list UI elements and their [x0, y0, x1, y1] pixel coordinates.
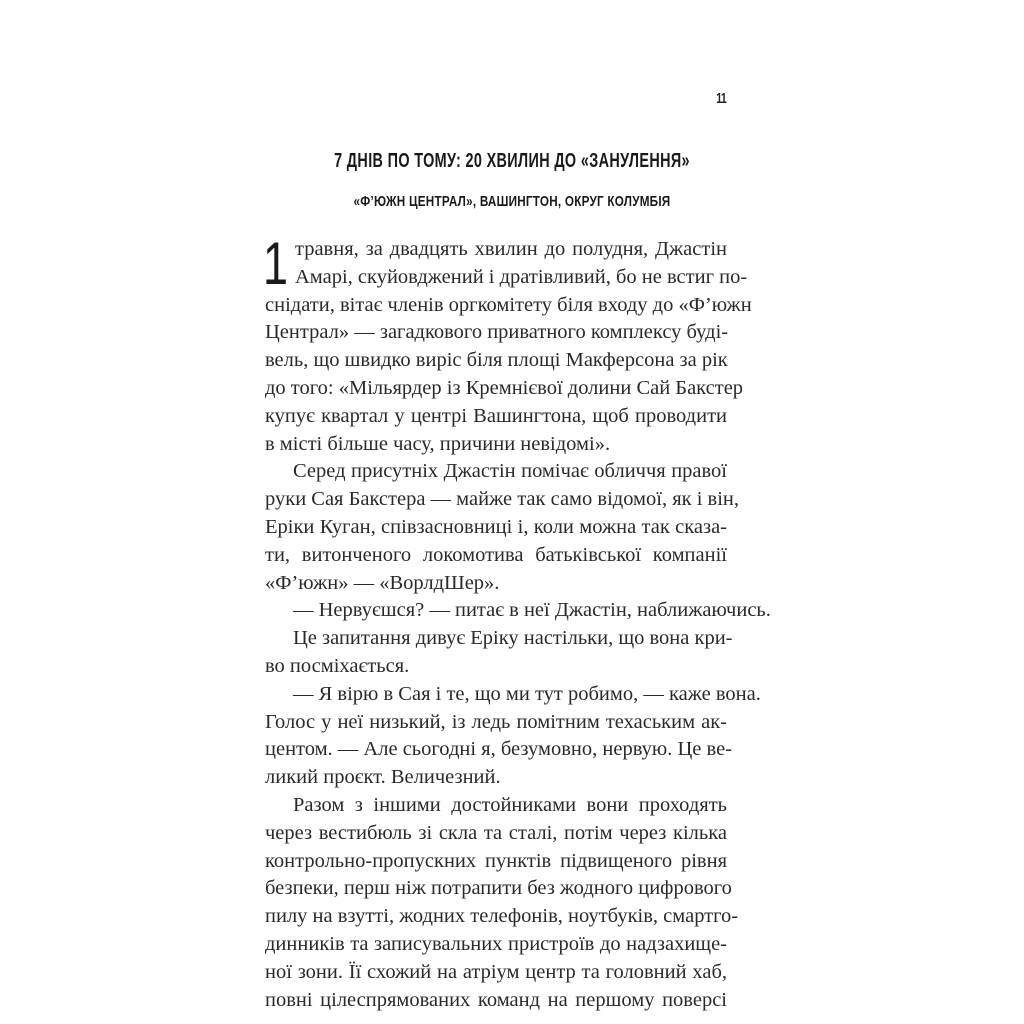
text-line: ликий проєкт. Величезний.	[265, 764, 727, 792]
text-line: через вестибюль зі скла та сталі, потім …	[265, 820, 727, 848]
text-line: Разом з іншими достойниками вони проходя…	[265, 792, 727, 820]
text-line: Амарі, скуйовджений і дратівливий, бо не…	[265, 264, 727, 292]
text-line: во посміхається.	[265, 653, 727, 681]
text-line: «Ф’южн» — «ВорлдШер».	[265, 570, 727, 598]
text-line: — Я вірю в Сая і те, що ми тут робимо, —…	[265, 681, 727, 709]
text-line: до того: «Мільярдер із Кремнієвої долини…	[265, 375, 727, 403]
text-line: Серед присутніх Джастін помічає обличчя …	[265, 458, 727, 486]
text-line: Голос у неї низький, із ледь помітним те…	[265, 709, 727, 737]
chapter-subtitle: «Ф’ЮЖН ЦЕНТРАЛ», ВАШИНГТОН, ОКРУГ КОЛУМБ…	[113, 193, 912, 210]
text-line: Централ» — загадкового приватного компле…	[265, 319, 727, 347]
text-line: в місті більше часу, причини невідомі».	[265, 431, 727, 459]
body-text: 1 травня, за двадцять хвилин до полудня,…	[265, 236, 727, 1014]
text-line: травня, за двадцять хвилин до полудня, Д…	[265, 236, 727, 264]
drop-cap: 1	[263, 238, 288, 290]
text-line: повні цілеспрямованих команд на першому …	[265, 987, 727, 1015]
text-line: ти, витонченого локомотива батьківської …	[265, 542, 727, 570]
page-number: 11	[708, 90, 726, 107]
text-line: снідати, вітає членів оргкомітету біля в…	[265, 292, 727, 320]
text-line: вель, що швидко виріс біля площі Макферс…	[265, 347, 727, 375]
text-line: пилу на взутті, жодних телефонів, ноутбу…	[265, 903, 727, 931]
text-line: центом. — Але сьогодні я, безумовно, нер…	[265, 736, 727, 764]
text-line: — Нервуєшся? — питає в неї Джастін, набл…	[265, 597, 727, 625]
text-line: ної зони. Її схожий на атріум центр та г…	[265, 959, 727, 987]
chapter-title: 7 ДНІВ ПО ТОМУ: 20 ХВИЛИН ДО «ЗАНУЛЕННЯ»	[143, 150, 880, 173]
text-line: купує квартал у центрі Вашингтона, щоб п…	[265, 403, 727, 431]
text-line: безпеки, перш ніж потрапити без жодного …	[265, 875, 727, 903]
text-line: контрольно-пропускних пунктів підвищеног…	[265, 848, 727, 876]
text-line: динників та записувальних пристроїв до н…	[265, 931, 727, 959]
text-line: руки Сая Бакстера — майже так само відом…	[265, 486, 727, 514]
text-line: Це запитання дивує Еріку настільки, що в…	[265, 625, 727, 653]
text-line: Еріки Куган, співзасновниці і, коли можн…	[265, 514, 727, 542]
